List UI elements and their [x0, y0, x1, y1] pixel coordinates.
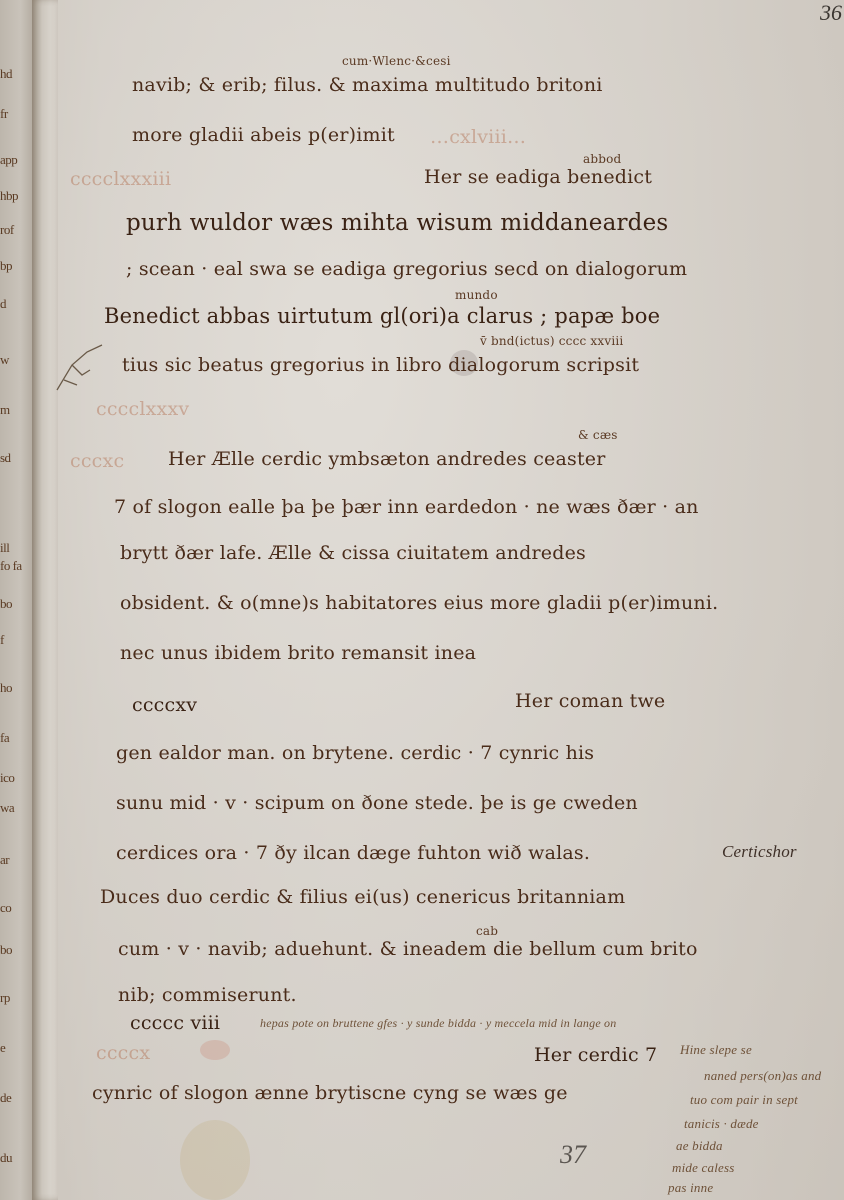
manuscript-page: hd fr app hbp rof bp d w m sd ill fo fa … [0, 0, 844, 1200]
text-line: Her cerdic 7 [534, 1044, 657, 1066]
text-line: Her Ælle cerdic ymbsæton andredes ceaste… [168, 448, 606, 470]
text-line: brytt ðær lafe. Ælle & cissa ciuitatem a… [120, 542, 586, 564]
interlinear-gloss: cum·Wlenc·&cesi [342, 54, 451, 68]
text-line: nec unus ibidem brito remansit inea [120, 642, 476, 664]
verso-fragment: bo [0, 596, 30, 612]
text-line: more gladii abeis p(er)imit [132, 124, 395, 146]
faded-year-numeral: cccclxxxiii [70, 168, 171, 190]
verso-fragment: ico [0, 770, 30, 786]
text-line: Benedict abbas uirtutum gl(ori)a clarus … [104, 304, 660, 328]
text-line: purh wuldor wæs mihta wisum middaneardes [126, 210, 668, 236]
pencil-page-number: 37 [560, 1140, 586, 1170]
verso-fragment: m [0, 402, 30, 418]
text-line: Duces duo cerdic & filius ei(us) ceneric… [100, 886, 625, 908]
manicule-icon [52, 330, 112, 400]
verso-fragment: ill [0, 540, 30, 556]
verso-fragment: ar [0, 852, 30, 868]
faded-year-numeral: cccclxxxv [96, 398, 189, 420]
verso-fragment: du [0, 1150, 30, 1166]
text-line: sunu mid · v · scipum on ðone stede. þe … [116, 792, 638, 814]
interlinear-gloss: v̄ bnd(ictus) cccc xxviii [480, 334, 623, 348]
verso-fragment: de [0, 1090, 30, 1106]
text-line: Her coman twe [515, 690, 665, 712]
verso-fragment: fo fa [0, 558, 30, 574]
faded-year-numeral: ccccx [96, 1042, 150, 1064]
interlinear-gloss: cab [476, 924, 498, 938]
verso-fragment: rof [0, 222, 30, 238]
marginal-place-name: Certicshor [722, 842, 797, 862]
text-line: cynric of slogon ænne brytiscne cyng se … [92, 1082, 568, 1104]
year-numeral: ccccxv [132, 694, 197, 716]
text-line: 7 of slogon ealle þa þe þær inn eardedon… [114, 496, 699, 518]
verso-fragment: rp [0, 990, 30, 1006]
verso-fragment: bp [0, 258, 30, 274]
faded-text: …cxlviii… [430, 126, 526, 148]
text-line: cum · v · navib; aduehunt. & ineadem die… [118, 938, 698, 960]
verso-fragment: w [0, 352, 30, 368]
text-line: navib; & erib; filus. & maxima multitudo… [132, 74, 603, 96]
marginal-note-line: Hine slepe se [680, 1042, 752, 1058]
text-line: nib; commiserunt. [118, 984, 297, 1006]
binding-gutter [32, 0, 58, 1200]
faded-year-numeral: cccxc [70, 450, 124, 472]
verso-fragment: ho [0, 680, 30, 696]
text-line: ; scean · eal swa se eadiga gregorius se… [126, 258, 687, 280]
marginal-note-line: naned pers(on)as and [704, 1068, 821, 1084]
interlinear-gloss: abbod [583, 152, 621, 166]
verso-fragment: co [0, 900, 30, 916]
verso-page-edge: hd fr app hbp rof bp d w m sd ill fo fa … [0, 0, 34, 1200]
verso-fragment: sd [0, 450, 30, 466]
verso-fragment: bo [0, 942, 30, 958]
folio-number: 36 [820, 0, 842, 26]
text-line: gen ealdor man. on brytene. cerdic · 7 c… [116, 742, 594, 764]
verso-fragment: f [0, 632, 30, 648]
year-numeral: ccccc viii [130, 1012, 220, 1034]
verso-fragment: fr [0, 106, 30, 122]
text-line: Her se eadiga benedict [424, 166, 652, 188]
interlinear-gloss: & cæs [578, 428, 618, 442]
verso-fragment: wa [0, 800, 30, 816]
marginal-note-line: tanicis · dæde [684, 1116, 759, 1132]
marginal-note-line: tuo com pair in sept [690, 1092, 798, 1108]
marginal-note-line: pas inne [668, 1180, 713, 1196]
text-line: cerdices ora · 7 ðy ilcan dæge fuhton wi… [116, 842, 590, 864]
verso-fragment: app [0, 152, 30, 168]
stain [180, 1120, 250, 1200]
marginal-note: hepas pote on bruttene gfes · y sunde bi… [260, 1016, 616, 1031]
stain [200, 1040, 230, 1060]
verso-fragment: d [0, 296, 30, 312]
marginal-note-line: mide caless [672, 1160, 735, 1176]
interlinear-gloss: mundo [455, 288, 498, 302]
text-line: obsident. & o(mne)s habitatores eius mor… [120, 592, 718, 614]
marginal-note-line: ae bidda [676, 1138, 723, 1154]
verso-fragment: e [0, 1040, 30, 1056]
verso-fragment: hbp [0, 188, 30, 204]
verso-fragment: fa [0, 730, 30, 746]
verso-fragment: hd [0, 66, 30, 82]
text-line: tius sic beatus gregorius in libro dialo… [122, 354, 639, 376]
